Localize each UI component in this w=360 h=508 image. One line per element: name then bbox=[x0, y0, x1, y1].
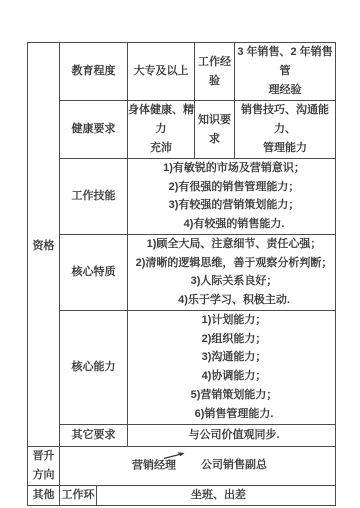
table-row: 核心能力 1)计划能力； 2)组织能力； 3)沟通能力； 4)协调能力； 5)营… bbox=[28, 310, 336, 424]
list-item: 5)营销策划能力； bbox=[133, 386, 335, 405]
other-requirements-label: 其它要求 bbox=[60, 424, 128, 446]
knowledge-label: 知识要求 bbox=[195, 101, 235, 159]
table-row: 健康要求 身体健康、精力 充沛 知识要求 销售技巧、沟通能力、 管理能力 bbox=[28, 101, 336, 159]
work-environment-value: 坐班、出差 bbox=[97, 485, 336, 505]
list-item: 4)有较强的销售能力. bbox=[133, 215, 335, 234]
core-abilities-label: 核心能力 bbox=[60, 310, 128, 424]
table-row: 晋升方向 营销经理公司销售副总 bbox=[28, 446, 336, 485]
section-label-promotion: 晋升方向 bbox=[28, 446, 60, 485]
section-label-other: 其他 bbox=[28, 485, 60, 505]
list-item: 3)沟通能力； bbox=[133, 348, 335, 367]
list-item: 1)计划能力； bbox=[133, 311, 335, 330]
health-value: 身体健康、精力 充沛 bbox=[128, 101, 195, 159]
table-row: 核心特质 1)顾全大局、注意细节、责任心强； 2)清晰的逻辑思维，善于观察分析判… bbox=[28, 234, 336, 310]
list-item: 3)有较强的营销策划能力； bbox=[133, 196, 335, 215]
table-row: 工作技能 1)有敏锐的市场及营销意识； 2)有很强的销售管理能力； 3)有较强的… bbox=[28, 159, 336, 235]
list-item: 1)有敏锐的市场及营销意识； bbox=[133, 159, 335, 178]
table-row: 其他 工作环 坐班、出差 bbox=[28, 485, 336, 505]
list-item: 2)有很强的销售管理能力； bbox=[133, 178, 335, 197]
education-label: 教育程度 bbox=[60, 43, 128, 101]
health-label: 健康要求 bbox=[60, 101, 128, 159]
promotion-arrow-icon bbox=[163, 449, 187, 468]
list-item: 3)人际关系良好； bbox=[133, 272, 335, 291]
qualification-table: 资格 教育程度 大专及以上 工作经验 3 年销售、2 年销售管 理经验 健康要求… bbox=[27, 42, 336, 506]
experience-value: 3 年销售、2 年销售管 理经验 bbox=[235, 43, 336, 101]
table-row: 资格 教育程度 大专及以上 工作经验 3 年销售、2 年销售管 理经验 bbox=[28, 43, 336, 101]
list-item: 6)销售管理能力. bbox=[133, 405, 335, 424]
work-environment-label: 工作环 bbox=[60, 485, 97, 505]
list-item: 4)乐于学习、积极主动. bbox=[133, 291, 335, 310]
list-item: 4)协调能力； bbox=[133, 367, 335, 386]
core-traits-label: 核心特质 bbox=[60, 234, 128, 310]
work-skills-list: 1)有敏锐的市场及营销意识； 2)有很强的销售管理能力； 3)有较强的营销策划能… bbox=[128, 159, 336, 235]
other-requirements-value: 与公司价值观同步. bbox=[128, 424, 336, 446]
work-skills-label: 工作技能 bbox=[60, 159, 128, 235]
education-value: 大专及以上 bbox=[128, 43, 195, 101]
document-page: 资格 教育程度 大专及以上 工作经验 3 年销售、2 年销售管 理经验 健康要求… bbox=[0, 0, 360, 508]
experience-label: 工作经验 bbox=[195, 43, 235, 101]
section-label-qualification: 资格 bbox=[28, 43, 60, 447]
list-item: 2)清晰的逻辑思维，善于观察分析判断； bbox=[133, 254, 335, 273]
list-item: 1)顾全大局、注意细节、责任心强； bbox=[133, 235, 335, 254]
promotion-to: 公司销售副总 bbox=[201, 459, 267, 471]
promotion-path: 营销经理公司销售副总 bbox=[60, 446, 336, 485]
core-traits-list: 1)顾全大局、注意细节、责任心强； 2)清晰的逻辑思维，善于观察分析判断； 3)… bbox=[128, 234, 336, 310]
list-item: 2)组织能力； bbox=[133, 330, 335, 349]
table-row: 其它要求 与公司价值观同步. bbox=[28, 424, 336, 446]
core-abilities-list: 1)计划能力； 2)组织能力； 3)沟通能力； 4)协调能力； 5)营销策划能力… bbox=[128, 310, 336, 424]
knowledge-value: 销售技巧、沟通能力、 管理能力 bbox=[235, 101, 336, 159]
